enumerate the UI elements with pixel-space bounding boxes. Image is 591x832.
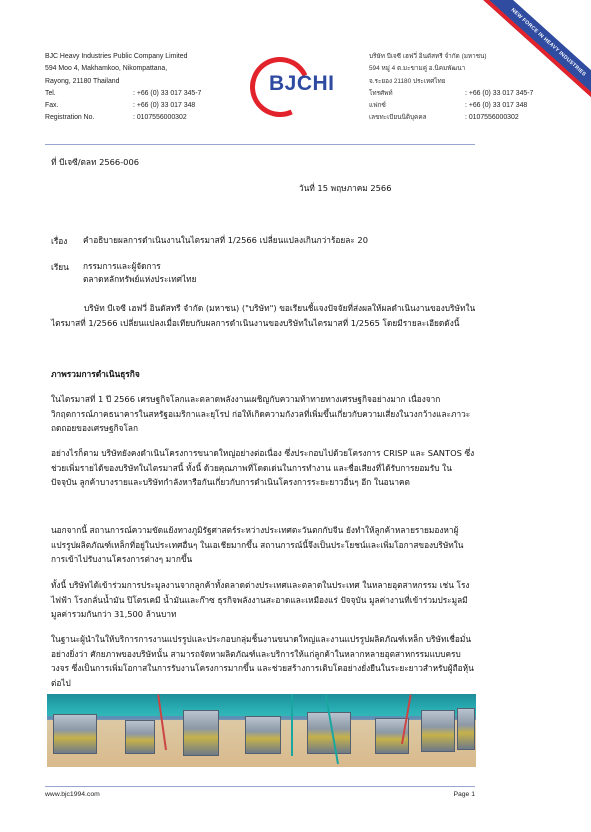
recipient-line-1: กรรมการและผู้จัดการ xyxy=(83,260,196,273)
registration-value-th: : 0107556000302 xyxy=(465,112,519,124)
fax-label: Fax. xyxy=(45,100,133,112)
tel-row-en: Tel. : +66 (0) 33 017 345-7 xyxy=(45,88,201,100)
module-icon xyxy=(125,720,155,754)
header-divider xyxy=(45,144,475,145)
fax-value-th: : +66 (0) 33 017 348 xyxy=(465,100,527,112)
crane-icon xyxy=(157,694,167,750)
fabrication-yard-photo xyxy=(47,694,476,767)
logo-text: BJCHI xyxy=(269,72,335,96)
subject-label: เรื่อง xyxy=(51,234,83,248)
corner-banner: NEW FORCE IN HEAVY INDUSTRIES xyxy=(471,0,591,100)
address-line-1-en: 594 Moo 4, Makhamkoo, Nikompattana, xyxy=(45,63,201,75)
reference-number: ที่ บีเจซี/ตลท 2566-006 xyxy=(51,155,139,169)
body-paragraph: ในฐานะผู้นำในให้บริการการงานแปรรูปและประ… xyxy=(51,632,476,690)
crane-icon xyxy=(291,694,293,756)
website-link[interactable]: www.bjc1994.com xyxy=(45,791,100,798)
recipient-line-2: ตลาดหลักทรัพย์แห่งประเทศไทย xyxy=(83,273,196,286)
body-paragraph: ในไตรมาสที่ 1 ปี 2566 เศรษฐกิจโลกและตลาด… xyxy=(51,392,476,436)
tel-label: Tel. xyxy=(45,88,133,100)
subject-text: คำอธิบายผลการดำเนินงานในไตรมาสที่ 1/2566… xyxy=(83,234,368,248)
module-icon xyxy=(421,710,455,752)
registration-row-th: เลขทะเบียนนิติบุคคล : 0107556000302 xyxy=(369,112,533,124)
company-info-en: BJC Heavy Industries Public Company Limi… xyxy=(45,51,201,125)
section-heading: ภาพรวมการดำเนินธุรกิจ xyxy=(51,367,140,381)
letter-page: BJC Heavy Industries Public Company Limi… xyxy=(0,0,591,832)
bjchi-logo: BJCHI xyxy=(247,54,343,120)
recipient-field: เรียน กรรมการและผู้จัดการ ตลาดหลักทรัพย์… xyxy=(51,260,196,286)
banner-text: NEW FORCE IN HEAVY INDUSTRIES xyxy=(510,7,587,78)
registration-row-en: Registration No. : 0107556000302 xyxy=(45,112,201,124)
address-line-2-en: Rayong, 21180 Thailand xyxy=(45,76,201,88)
fax-row-th: แฟกซ์ : +66 (0) 33 017 348 xyxy=(369,100,533,112)
module-icon xyxy=(457,708,475,750)
intro-paragraph: บริษัท บีเจซี เฮฟวี่ อินดัสทรี จำกัด (มห… xyxy=(51,301,476,330)
footer-divider xyxy=(45,786,475,787)
tel-label-th: โทรศัพท์ xyxy=(369,88,465,100)
body-paragraph: ทั้งนี้ บริษัทได้เข้าร่วมการประมูลงานจาก… xyxy=(51,578,476,622)
recipient-label: เรียน xyxy=(51,260,83,286)
module-icon xyxy=(183,710,219,756)
registration-label-th: เลขทะเบียนนิติบุคคล xyxy=(369,112,465,124)
registration-label: Registration No. xyxy=(45,112,133,124)
subject-field: เรื่อง คำอธิบายผลการดำเนินงานในไตรมาสที่… xyxy=(51,234,368,248)
body-paragraph: อย่างไรก็ตาม บริษัทยังคงดำเนินโครงการขนา… xyxy=(51,446,476,490)
letter-date: วันที่ 15 พฤษภาคม 2566 xyxy=(299,181,392,195)
body-paragraph: นอกจากนี้ สถานการณ์ความขัดแย้งทางภูมิรัฐ… xyxy=(51,523,476,567)
company-name-en: BJC Heavy Industries Public Company Limi… xyxy=(45,51,201,63)
module-icon xyxy=(53,714,97,754)
registration-value: : 0107556000302 xyxy=(133,112,187,124)
fax-row-en: Fax. : +66 (0) 33 017 348 xyxy=(45,100,201,112)
fax-value: : +66 (0) 33 017 348 xyxy=(133,100,195,112)
page-number: Page 1 xyxy=(453,791,475,798)
tel-value: : +66 (0) 33 017 345-7 xyxy=(133,88,201,100)
fax-label-th: แฟกซ์ xyxy=(369,100,465,112)
module-icon xyxy=(245,716,281,754)
